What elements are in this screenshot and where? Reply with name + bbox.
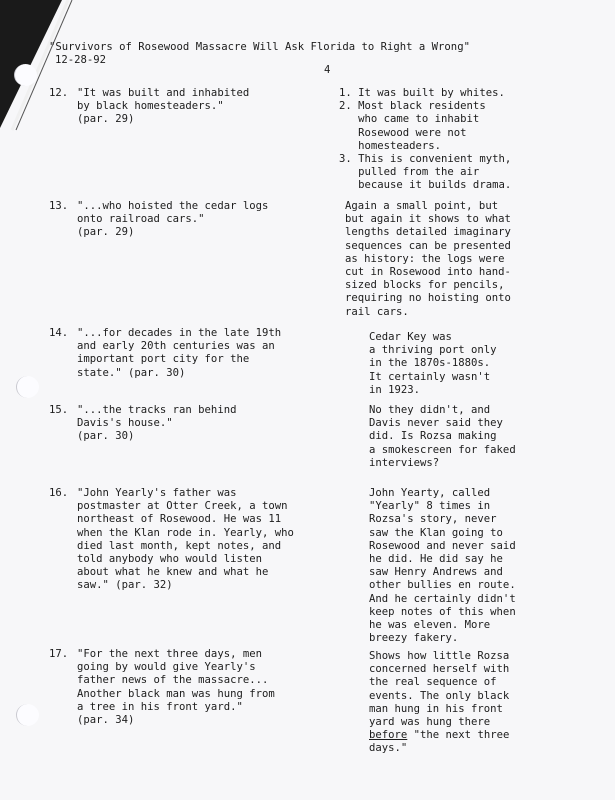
claim-quote: 12."It was built and inhabitedby black h…: [49, 87, 249, 127]
rebuttal: 1. It was built by whites.2. Most black …: [339, 87, 511, 193]
claim-quote: 14."...for decades in the late 19thand e…: [49, 327, 281, 380]
document-header: "Survivors of Rosewood Massacre Will Ask…: [49, 41, 470, 67]
rebuttal: Cedar Key wasa thriving port onlyin the …: [369, 331, 497, 397]
article-title: "Survivors of Rosewood Massacre Will Ask…: [49, 41, 470, 54]
rebuttal: No they didn't, andDavis never said they…: [369, 404, 516, 470]
rebuttal: Shows how little Rozsaconcerned herself …: [369, 650, 509, 756]
punch-hole: [16, 704, 39, 726]
item-number: 16.: [49, 487, 77, 500]
item-number: 14.: [49, 327, 77, 340]
punch-hole: [16, 376, 39, 398]
item-number: 15.: [49, 404, 77, 417]
item-number: 13.: [49, 200, 77, 213]
claim-quote: 16."John Yearly's father waspostmaster a…: [49, 487, 294, 593]
page-number: 4: [324, 64, 330, 76]
rebuttal: Again a small point, butbut again it sho…: [345, 200, 511, 319]
item-number: 12.: [49, 87, 77, 100]
item-number: 17.: [49, 648, 77, 661]
rebuttal: John Yearty, called"Yearly" 8 times inRo…: [369, 487, 516, 645]
article-date: 12-28-92: [49, 54, 470, 67]
claim-quote: 15."...the tracks ran behindDavis's hous…: [49, 404, 236, 444]
punch-hole: [14, 64, 37, 86]
claim-quote: 17."For the next three days, mengoing by…: [49, 648, 275, 727]
claim-quote: 13."...who hoisted the cedar logsonto ra…: [49, 200, 268, 240]
